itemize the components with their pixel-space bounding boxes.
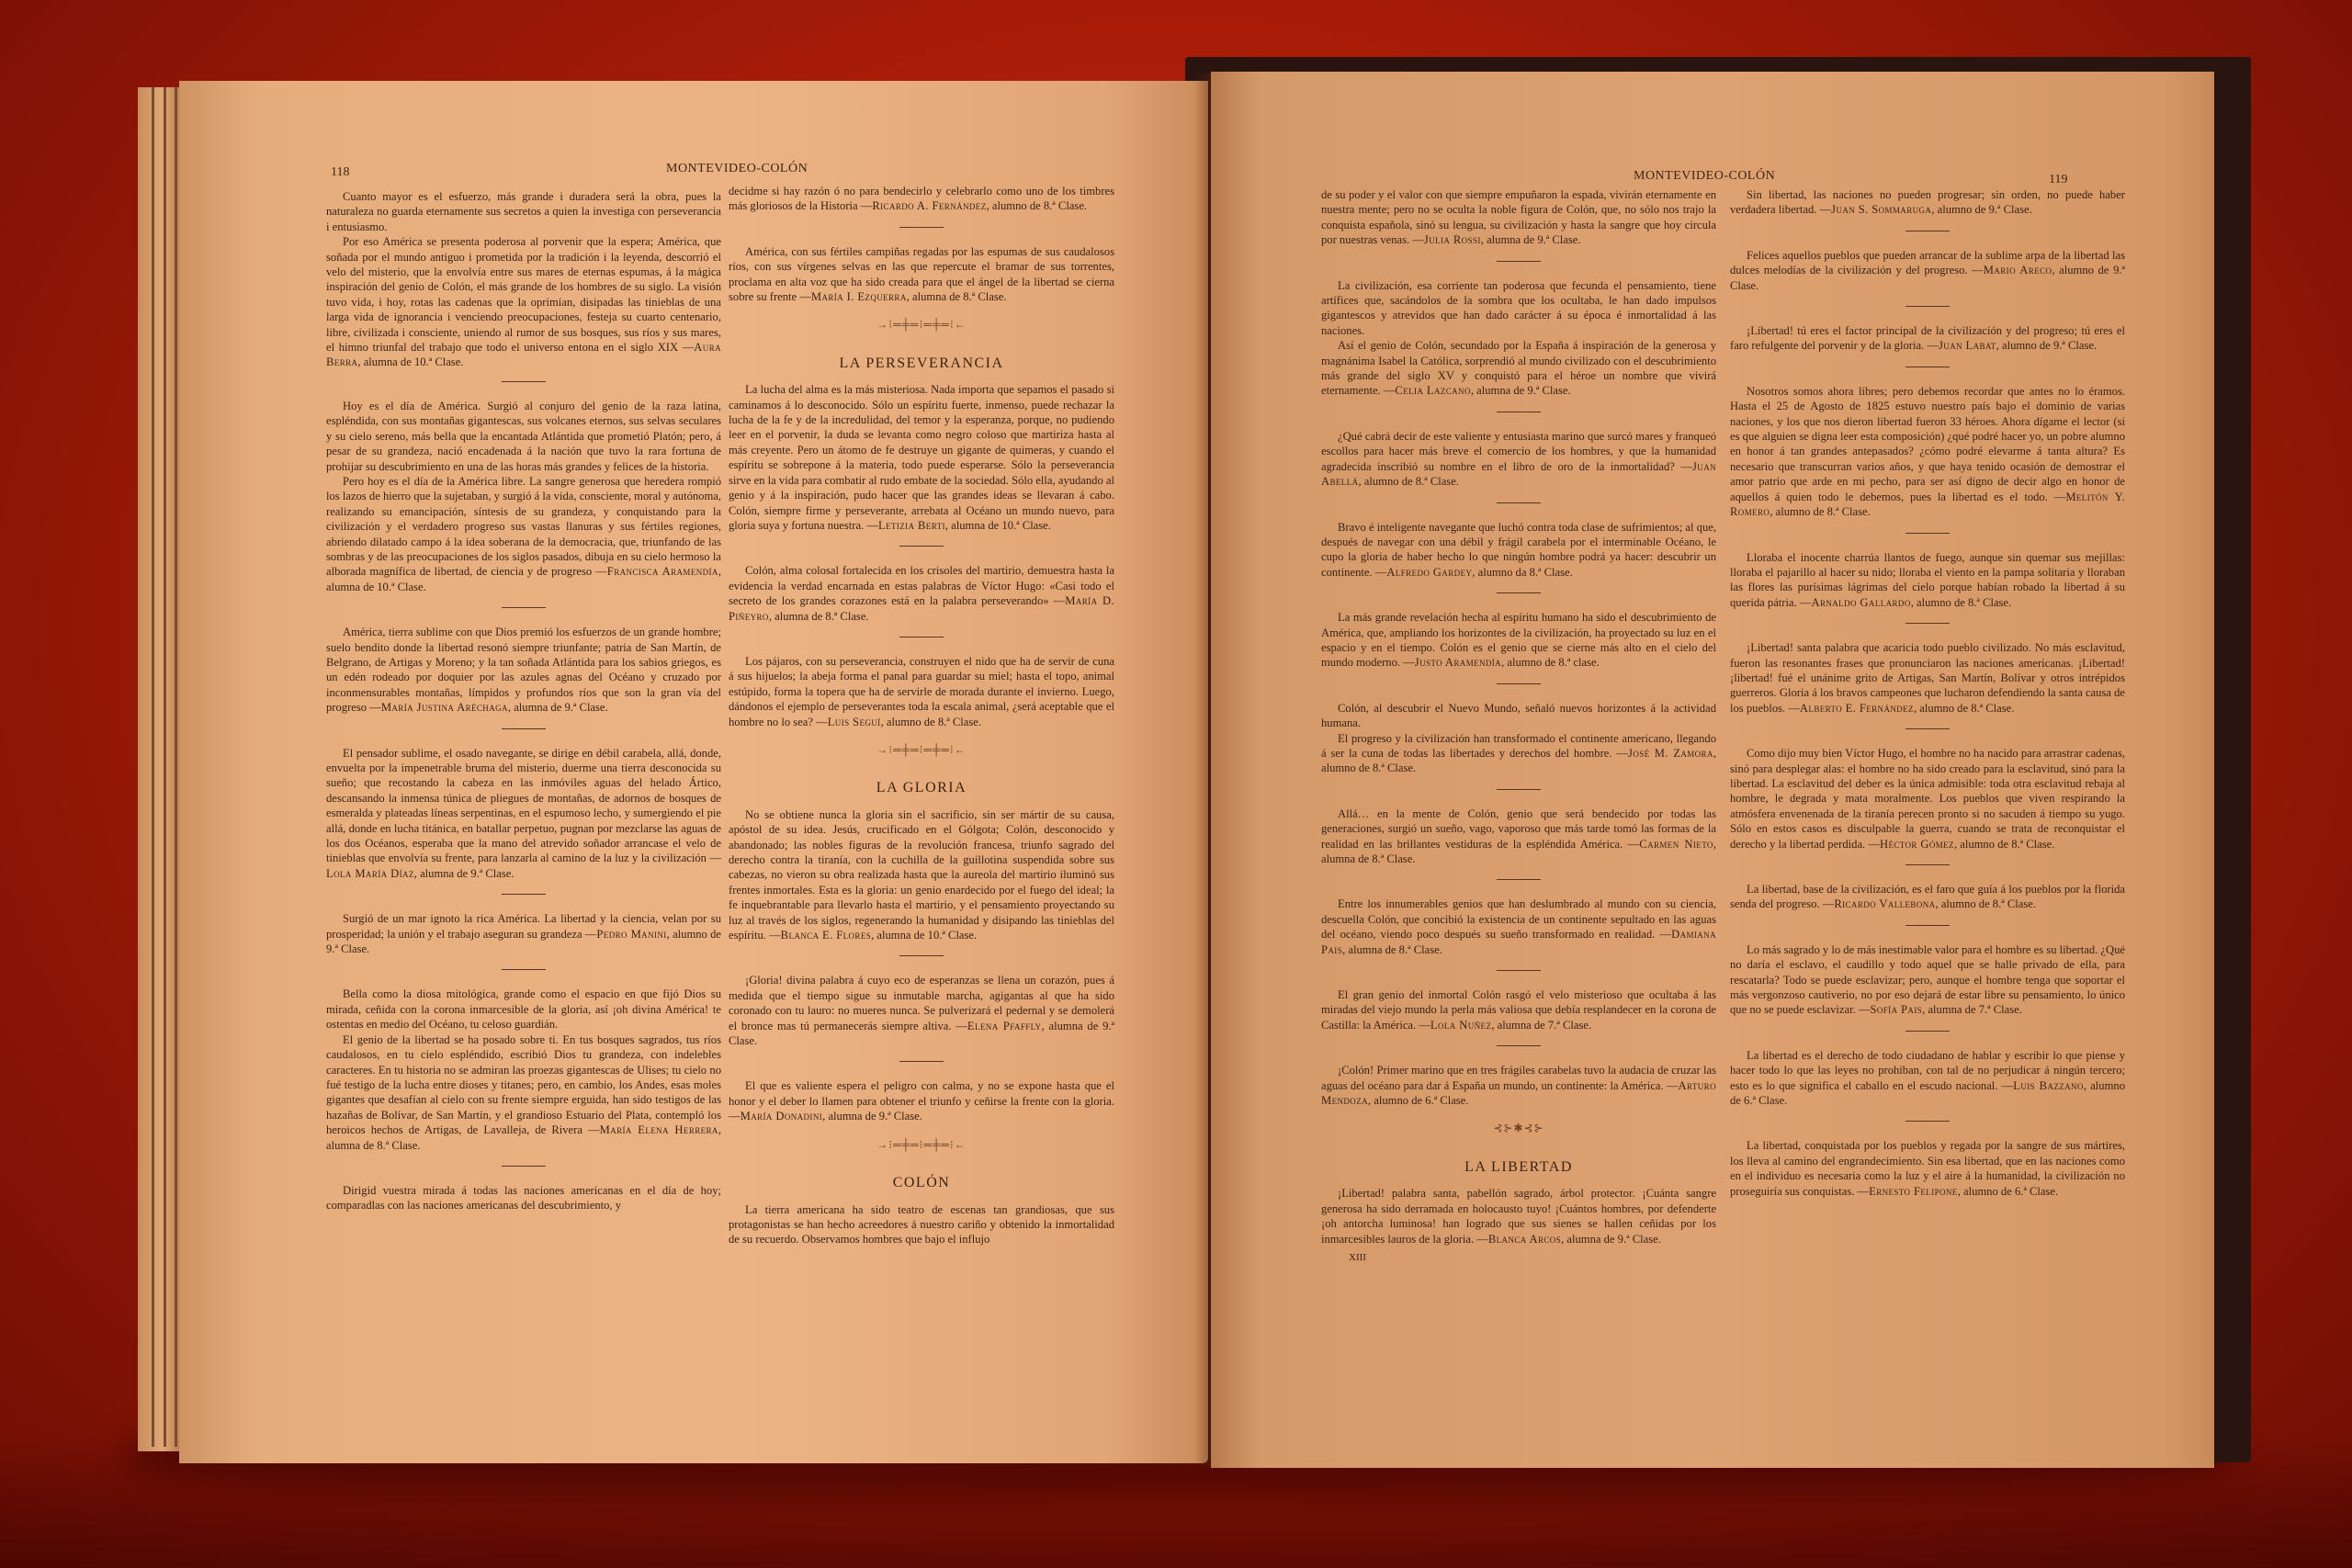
author-name: José M. Zamora [1628, 747, 1713, 760]
essay-entry: ¿Qué cabrá decir de este valiente y entu… [1321, 429, 1716, 490]
separator-rule [899, 955, 944, 956]
separator-rule [1905, 728, 1950, 729]
separator-rule [1905, 1121, 1950, 1122]
essay-entry: ¡Colón! Primer marino que en tres frágil… [1321, 1063, 1716, 1108]
section-title-libertad: LA LIBERTAD [1321, 1160, 1716, 1175]
author-name: Blanca Arcos [1488, 1233, 1561, 1246]
essay-entry: Dirigid vuestra mirada á todas las nacio… [326, 1183, 721, 1213]
essay-entry: Nosotros somos ahora libres; pero debemo… [1730, 384, 2125, 520]
essay-entry: ¡Libertad! santa palabra que acaricia to… [1730, 640, 2125, 716]
author-name: Ricardo Vallebona [1834, 897, 1935, 910]
essay-text: Dirigid vuestra mirada á todas las nacio… [326, 1183, 721, 1213]
essay-entry: La lucha del alma es la más misteriosa. … [729, 382, 1114, 533]
separator-rule [1497, 1045, 1541, 1046]
page-edge-line [175, 87, 177, 1447]
essay-entry: Sin libertad, las naciones no pueden pro… [1730, 187, 2125, 218]
right-page-column-2: Sin libertad, las naciones no pueden pro… [1730, 187, 2125, 1212]
separator-rule [1905, 231, 1950, 231]
author-name: María Donadini [741, 1110, 823, 1122]
separator-rule [899, 546, 944, 547]
essay-entry: América, tierra sublime con que Dios pre… [326, 625, 721, 715]
ornament-divider: ⊰⊱✱⊰⊱ [1321, 1121, 1716, 1135]
author-name: Ernesto Felipone [1869, 1185, 1958, 1198]
essay-entry: Bravo é inteligente navegante que luchó … [1321, 520, 1716, 581]
essay-text: La tierra americana ha sido teatro de es… [729, 1202, 1114, 1247]
author-name: Arnaldo Gallardo [1811, 596, 1910, 609]
running-head-left: MONTEVIDEO-COLÓN [666, 162, 808, 176]
page-number-right: 119 [2049, 173, 2067, 187]
author-name: María Justina Aréchaga [381, 701, 508, 714]
ornament-divider: →⁝═╪═⁝═╪═⁝← [729, 317, 1114, 332]
separator-rule [1905, 306, 1950, 307]
author-name: Carmen Nieto [1639, 838, 1713, 851]
separator-rule [502, 728, 546, 729]
essay-entry: Felices aquellos pueblos que pueden arra… [1730, 248, 2125, 293]
author-name: Justo Aramendía [1415, 656, 1501, 669]
author-name: Elena Pfaffly [967, 1020, 1042, 1032]
essay-entry: de su poder y el valor con que siempre e… [1321, 187, 1716, 248]
separator-rule [1905, 925, 1950, 926]
essay-entry: La más grande revelación hecha al espíri… [1321, 610, 1716, 671]
essay-entry: No se obtiene nunca la gloria sin el sac… [729, 807, 1114, 943]
running-head-right: MONTEVIDEO-COLÓN [1634, 169, 1775, 184]
ornament-divider: →⁝═╪═⁝═╪═⁝← [729, 742, 1114, 757]
author-name: Alberto E. Fernández [1800, 702, 1914, 715]
separator-rule [502, 969, 546, 970]
separator-rule [1905, 1031, 1950, 1032]
separator-rule [1905, 623, 1950, 624]
separator-rule [1497, 412, 1541, 412]
ornament-divider: →⁝═╪═⁝═╪═⁝← [729, 1137, 1114, 1152]
separator-rule [502, 894, 546, 895]
separator-rule [899, 637, 944, 637]
separator-rule [1497, 592, 1541, 593]
essay-entry: Bella como la diosa mitológica, grande c… [326, 987, 721, 1152]
author-name: Lola María Díaz [326, 867, 414, 880]
author-name: Héctor Gómez [1880, 838, 1954, 851]
separator-rule [899, 227, 944, 228]
separator-rule [502, 381, 546, 382]
page-118: 118 MONTEVIDEO-COLÓN Cuanto mayor es el … [179, 81, 1208, 1463]
author-name: Pedro Manini [596, 928, 666, 941]
essay-entry: Hoy es el día de América. Surgió al conj… [326, 399, 721, 594]
essay-entry: El que es valiente espera el peligro con… [729, 1078, 1114, 1123]
author-name: Luis Bazzano [2013, 1079, 2084, 1092]
page-number-left: 118 [331, 165, 349, 180]
author-name: Juan S. Sommaruga [1831, 203, 1931, 216]
essay-entry: La libertad, base de la civilización, es… [1730, 882, 2125, 912]
separator-rule [1497, 502, 1541, 503]
author-name: Ricardo A. Fernández [872, 199, 986, 212]
essay-entry: Colón, al descubrir el Nuevo Mundo, seña… [1321, 701, 1716, 776]
separator-rule [1905, 864, 1950, 865]
page-edge-line [164, 87, 166, 1447]
author-name: Sofía Pais [1870, 1003, 1922, 1016]
essay-entry: América, con sus fértiles campiñas regad… [729, 244, 1114, 305]
essay-entry: Entre los innumerables genios que han de… [1321, 897, 1716, 957]
essay-entry: decidme si hay razón ó no para bendecirl… [729, 184, 1114, 214]
essay-entry: ¡Gloria! divina palabra á cuyo eco de es… [729, 973, 1114, 1048]
separator-rule [1497, 879, 1541, 880]
essay-text: Pero hoy es el día de la América libre. … [326, 474, 721, 594]
essay-text: Colón, al descubrir el Nuevo Mundo, seña… [1321, 701, 1716, 731]
essay-entry: Allá… en la mente de Colón, genio que se… [1321, 807, 1716, 867]
left-page-column-1: Cuanto mayor es el esfuerzo, más grande … [326, 189, 721, 1226]
author-name: Juan Labat [1939, 339, 1996, 352]
separator-rule [899, 1061, 944, 1062]
separator-rule [1905, 367, 1950, 367]
author-name: Lola Nuñez [1430, 1019, 1491, 1032]
separator-rule [1497, 261, 1541, 262]
essay-entry: Lo más sagrado y lo de más inestimable v… [1730, 942, 2125, 1018]
author-name: Celia Lazcano [1395, 384, 1470, 397]
essay-entry: El gran genio del inmortal Colón rasgó e… [1321, 987, 1716, 1032]
author-name: Letizia Berti [878, 519, 945, 532]
essay-entry: El pensador sublime, el osado navegante,… [326, 746, 721, 882]
right-page-column-1: de su poder y el valor con que siempre e… [1321, 187, 1716, 1265]
section-title-perseverancia: LA PERSEVERANCIA [729, 356, 1114, 371]
essay-entry: La civilización, esa corriente tan poder… [1321, 278, 1716, 399]
essay-entry: ¡Libertad! tú eres el factor principal d… [1730, 323, 2125, 354]
page-edge-line [152, 87, 154, 1447]
essay-entry: Colón, alma colosal fortalecida en los c… [729, 563, 1114, 624]
essay-entry: La libertad, conquistada por los pueblos… [1730, 1138, 2125, 1199]
section-title-colon: COLÓN [729, 1176, 1114, 1190]
author-name: Francisca Aramendía [607, 565, 718, 578]
essay-text: Bella como la diosa mitológica, grande c… [326, 987, 721, 1032]
author-name: Blanca E. Flores [781, 929, 871, 942]
separator-rule [1497, 970, 1541, 971]
essay-entry: Lloraba el inocente charrúa llantos de f… [1730, 550, 2125, 611]
essay-text: Cuanto mayor es el esfuerzo, más grande … [326, 189, 721, 234]
signature-mark: XIII [1349, 1250, 1716, 1265]
essay-text: Por eso América se presenta poderosa al … [326, 234, 721, 370]
essay-entry: La tierra americana ha sido teatro de es… [729, 1202, 1114, 1247]
author-name: Alfredo Gardey [1386, 566, 1472, 579]
author-name: María I. Ezquerra [811, 290, 907, 303]
author-name: María Elena Herrera [600, 1123, 718, 1136]
separator-rule [502, 1166, 546, 1167]
essay-entry: Cuanto mayor es el esfuerzo, más grande … [326, 189, 721, 370]
author-name: Mario Areco [1984, 264, 2052, 276]
separator-rule [502, 607, 546, 608]
page-119: MONTEVIDEO-COLÓN 119 de su poder y el va… [1211, 72, 2214, 1468]
author-name: Julia Rossi [1424, 233, 1481, 246]
essay-entry: La libertad es el derecho de todo ciudad… [1730, 1048, 2125, 1109]
separator-rule [1497, 683, 1541, 684]
separator-rule [1497, 789, 1541, 790]
essay-entry: ¡Libertad! palabra santa, pabellón sagra… [1321, 1186, 1716, 1247]
essay-entry: Los pájaros, con su perseverancia, const… [729, 654, 1114, 729]
section-title-gloria: LA GLORIA [729, 781, 1114, 795]
left-page-column-2: decidme si hay razón ó no para bendecirl… [729, 184, 1114, 1260]
essay-text: Hoy es el día de América. Surgió al conj… [326, 399, 721, 474]
essay-text: La civilización, esa corriente tan poder… [1321, 278, 1716, 339]
essay-entry: Como dijo muy bien Víctor Hugo, el hombr… [1730, 746, 2125, 852]
separator-rule [1905, 533, 1950, 534]
essay-entry: Surgió de un mar ignoto la rica América.… [326, 911, 721, 956]
author-name: Luis Seguí [828, 716, 881, 728]
